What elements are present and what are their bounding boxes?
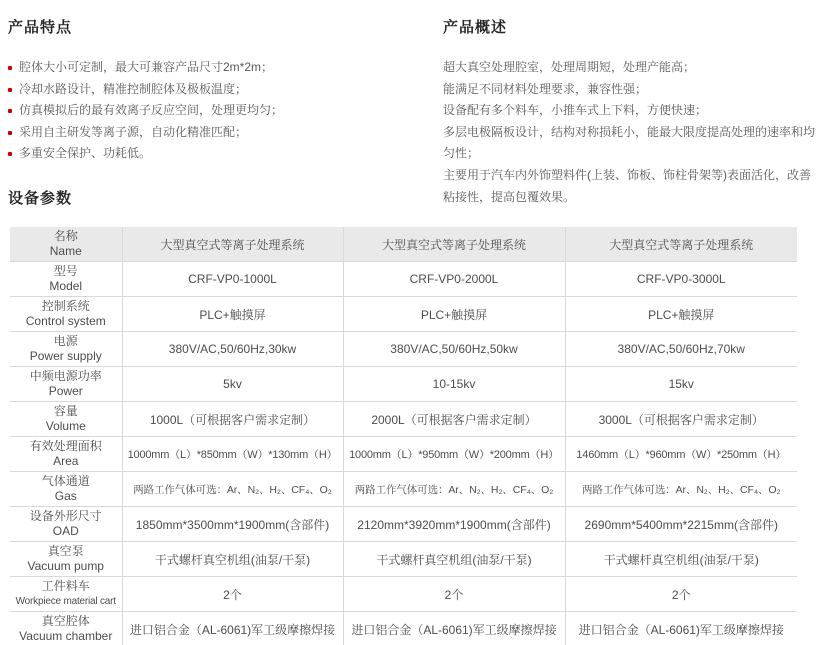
spec-value-cell: 1000mm（L）*950mm（W）*200mm（H） (343, 437, 565, 472)
table-row: 控制系统 Control system PLC+触摸屏 PLC+触摸屏 PLC+… (10, 297, 797, 332)
spec-row-label: 中频电源功率 Power (10, 367, 122, 402)
spec-value-cell: 干式螺杆真空机组(油泵/干泵) (343, 542, 565, 577)
feature-text: 采用自主研发等离子源，自动化精准匹配； (19, 125, 247, 139)
features-title: 产品特点 (8, 20, 433, 36)
spec-label-en: Control system (13, 314, 119, 329)
spec-value-cell: 2个 (122, 577, 343, 612)
spec-value-cell: 2个 (565, 577, 797, 612)
overview-body: 超大真空处理腔室，处理周期短，处理产能高； 能满足不同材料处理要求，兼容性强； … (443, 57, 815, 208)
spec-value-cell: PLC+触摸屏 (565, 297, 797, 332)
table-row: 型号 Model CRF-VP0-1000L CRF-VP0-2000L CRF… (10, 262, 797, 297)
spec-value-cell: 1000L（可根据客户需求定制） (122, 402, 343, 437)
overview-paragraph: 能满足不同材料处理要求，兼容性强； (443, 79, 815, 101)
spec-label-en: Vacuum pump (13, 559, 119, 574)
spec-row-label: 名称 Name (10, 227, 122, 262)
spec-col-header: 大型真空式等离子处理系统 (122, 227, 343, 262)
spec-value-cell: 380V/AC,50/60Hz,30kw (122, 332, 343, 367)
bullet-icon (8, 88, 12, 92)
spec-label-zh: 工件料车 (13, 579, 119, 594)
spec-label-en: OAD (13, 524, 119, 539)
table-row: 电源 Power supply 380V/AC,50/60Hz,30kw 380… (10, 332, 797, 367)
spec-label-zh: 名称 (13, 229, 119, 244)
table-row: 真空泵 Vacuum pump 干式螺杆真空机组(油泵/干泵) 干式螺杆真空机组… (10, 542, 797, 577)
spec-value-cell: 干式螺杆真空机组(油泵/干泵) (565, 542, 797, 577)
feature-text: 冷却水路设计，精准控制腔体及极板温度； (19, 82, 247, 96)
specs-title: 设备参数 (8, 191, 72, 207)
spec-value-cell: PLC+触摸屏 (122, 297, 343, 332)
spec-value-cell: 进口铝合金（AL-6061)军工级摩擦焊接 (343, 612, 565, 645)
spec-value-cell: 380V/AC,50/60Hz,50kw (343, 332, 565, 367)
overview-paragraph: 多层电极隔板设计，结构对称损耗小，能最大限度提高处理的速率和均匀性； (443, 122, 815, 165)
table-row: 设备外形尺寸 OAD 1850mm*3500mm*1900mm(含部件) 212… (10, 507, 797, 542)
table-row: 容量 Volume 1000L（可根据客户需求定制） 2000L（可根据客户需求… (10, 402, 797, 437)
spec-label-zh: 中频电源功率 (13, 369, 119, 384)
spec-label-zh: 控制系统 (13, 299, 119, 314)
spec-row-label: 设备外形尺寸 OAD (10, 507, 122, 542)
spec-col-header: 大型真空式等离子处理系统 (343, 227, 565, 262)
spec-col-header: 大型真空式等离子处理系统 (565, 227, 797, 262)
spec-label-zh: 设备外形尺寸 (13, 509, 119, 524)
spec-label-zh: 型号 (13, 264, 119, 279)
table-row: 中频电源功率 Power 5kv 10-15kv 15kv (10, 367, 797, 402)
feature-list: 腔体大小可定制，最大可兼容产品尺寸2m*2m； 冷却水路设计，精准控制腔体及极板… (8, 57, 433, 165)
spec-value-cell: 2120mm*3920mm*1900mm(含部件) (343, 507, 565, 542)
spec-label-zh: 有效处理面积 (13, 439, 119, 454)
spec-value-cell: 1850mm*3500mm*1900mm(含部件) (122, 507, 343, 542)
spec-value-cell: 2个 (343, 577, 565, 612)
spec-value-cell: CRF-VP0-3000L (565, 262, 797, 297)
spec-value-cell: 两路工作气体可选：Ar、N₂、H₂、CF₄、O₂ (565, 472, 797, 507)
spec-value-cell: CRF-VP0-2000L (343, 262, 565, 297)
spec-value-cell: 干式螺杆真空机组(油泵/干泵) (122, 542, 343, 577)
feature-text: 仿真模拟后的最有效离子反应空间，处理更均匀； (19, 103, 283, 117)
spec-value-cell: 两路工作气体可选：Ar、N₂、H₂、CF₄、O₂ (343, 472, 565, 507)
product-spec-page: 产品特点 腔体大小可定制，最大可兼容产品尺寸2m*2m； 冷却水路设计，精准控制… (0, 0, 817, 645)
list-item: 采用自主研发等离子源，自动化精准匹配； (8, 122, 433, 144)
bullet-icon (8, 131, 12, 135)
spec-row-label: 真空泵 Vacuum pump (10, 542, 122, 577)
bullet-icon (8, 109, 12, 113)
table-row: 真空腔体 Vacuum chamber 进口铝合金（AL-6061)军工级摩擦焊… (10, 612, 797, 645)
spec-value-cell: CRF-VP0-1000L (122, 262, 343, 297)
spec-label-zh: 电源 (13, 334, 119, 349)
spec-label-en: Power supply (13, 349, 119, 364)
spec-value-cell: 1000mm（L）*850mm（W）*130mm（H） (122, 437, 343, 472)
table-row: 气体通道 Gas 两路工作气体可选：Ar、N₂、H₂、CF₄、O₂ 两路工作气体… (10, 472, 797, 507)
spec-value-cell: 15kv (565, 367, 797, 402)
spec-value-cell: PLC+触摸屏 (343, 297, 565, 332)
spec-label-en: Power (13, 384, 119, 399)
list-item: 冷却水路设计，精准控制腔体及极板温度； (8, 79, 433, 101)
spec-value-cell: 进口铝合金（AL-6061)军工级摩擦焊接 (122, 612, 343, 645)
spec-label-en: Vacuum chamber (13, 629, 119, 644)
table-header-row: 名称 Name 大型真空式等离子处理系统 大型真空式等离子处理系统 大型真空式等… (10, 227, 797, 262)
spec-label-en: Volume (13, 419, 119, 434)
spec-label-zh: 容量 (13, 404, 119, 419)
bullet-icon (8, 152, 12, 156)
spec-value-cell: 2690mm*5400mm*2215mm(含部件) (565, 507, 797, 542)
spec-label-en: Name (13, 244, 119, 259)
spec-label-en: Model (13, 279, 119, 294)
spec-row-label: 真空腔体 Vacuum chamber (10, 612, 122, 645)
spec-label-en: Gas (13, 489, 119, 504)
overview-paragraph: 超大真空处理腔室，处理周期短，处理产能高； (443, 57, 815, 79)
overview-paragraph: 主要用于汽车内外饰塑料件(上装、饰板、饰柱骨架等)表面活化，改善粘接性，提高包覆… (443, 165, 815, 208)
spec-value-cell: 2000L（可根据客户需求定制） (343, 402, 565, 437)
spec-value-cell: 380V/AC,50/60Hz,70kw (565, 332, 797, 367)
bullet-icon (8, 66, 12, 70)
feature-text: 腔体大小可定制，最大可兼容产品尺寸2m*2m； (19, 60, 273, 74)
spec-label-zh: 真空腔体 (13, 614, 119, 629)
spec-row-label: 容量 Volume (10, 402, 122, 437)
spec-row-label: 工件料车 Workpiece material cart (10, 577, 122, 612)
spec-table: 名称 Name 大型真空式等离子处理系统 大型真空式等离子处理系统 大型真空式等… (10, 227, 797, 645)
feature-text: 多重安全保护、功耗低。 (19, 146, 151, 160)
list-item: 仿真模拟后的最有效离子反应空间，处理更均匀； (8, 100, 433, 122)
spec-row-label: 气体通道 Gas (10, 472, 122, 507)
spec-label-en: Workpiece material cart (13, 594, 119, 609)
spec-value-cell: 1460mm（L）*960mm（W）*250mm（H） (565, 437, 797, 472)
spec-row-label: 型号 Model (10, 262, 122, 297)
list-item: 多重安全保护、功耗低。 (8, 143, 433, 165)
spec-value-cell: 进口铝合金（AL-6061)军工级摩擦焊接 (565, 612, 797, 645)
table-row: 工件料车 Workpiece material cart 2个 2个 2个 (10, 577, 797, 612)
spec-value-cell: 10-15kv (343, 367, 565, 402)
overview-section: 产品概述 超大真空处理腔室，处理周期短，处理产能高； 能满足不同材料处理要求，兼… (443, 20, 815, 208)
list-item: 腔体大小可定制，最大可兼容产品尺寸2m*2m； (8, 57, 433, 79)
spec-row-label: 有效处理面积 Area (10, 437, 122, 472)
features-section: 产品特点 腔体大小可定制，最大可兼容产品尺寸2m*2m； 冷却水路设计，精准控制… (8, 20, 433, 165)
spec-label-en: Area (13, 454, 119, 469)
overview-title: 产品概述 (443, 20, 815, 36)
spec-row-label: 电源 Power supply (10, 332, 122, 367)
spec-value-cell: 3000L（可根据客户需求定制） (565, 402, 797, 437)
table-row: 有效处理面积 Area 1000mm（L）*850mm（W）*130mm（H） … (10, 437, 797, 472)
overview-paragraph: 设备配有多个料车，小推车式上下料，方便快速； (443, 100, 815, 122)
spec-label-zh: 气体通道 (13, 474, 119, 489)
spec-value-cell: 两路工作气体可选：Ar、N₂、H₂、CF₄、O₂ (122, 472, 343, 507)
spec-row-label: 控制系统 Control system (10, 297, 122, 332)
spec-value-cell: 5kv (122, 367, 343, 402)
spec-label-zh: 真空泵 (13, 544, 119, 559)
